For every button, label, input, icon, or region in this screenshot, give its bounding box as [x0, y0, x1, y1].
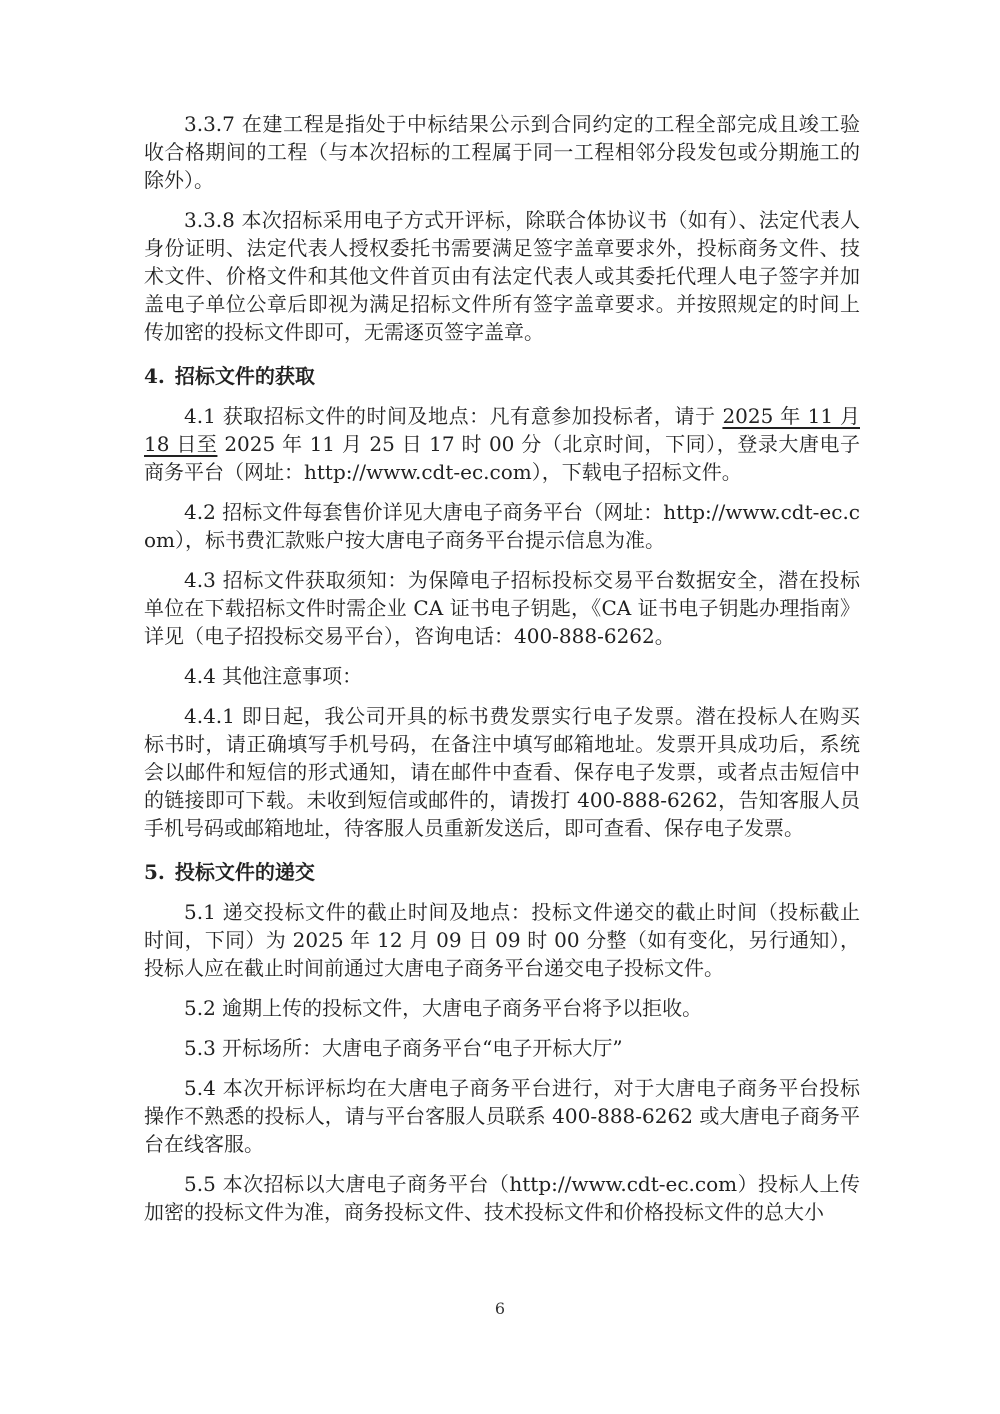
para-4-4-1: 4.4.1 即日起，我公司开具的标书费发票实行电子发票。潜在投标人在购买标书时，…: [144, 702, 860, 842]
text-run: 5. 投标文件的递交: [144, 860, 315, 884]
para-3-3-8: 3.3.8 本次招标采用电子方式开评标，除联合体协议书（如有）、法定代表人身份证…: [144, 206, 860, 346]
text-run: 2025 年 11 月 25 日 17 时 00 分（北京时间，下同），登录大唐…: [144, 432, 860, 484]
para-5-2: 5.2 逾期上传的投标文件，大唐电子商务平台将予以拒收。: [144, 994, 860, 1022]
heading-4: 4. 招标文件的获取: [144, 362, 860, 390]
text-run: 4.3 招标文件获取须知：为保障电子招标投标交易平台数据安全，潜在投标单位在下载…: [144, 568, 860, 648]
text-run: 5.5 本次招标以大唐电子商务平台（http://www.cdt-ec.com）…: [144, 1172, 860, 1224]
text-run: 4.4 其他注意事项：: [184, 664, 362, 688]
document-page: 3.3.7 在建工程是指处于中标结果公示到合同约定的工程全部完成且竣工验收合格期…: [0, 0, 1000, 1414]
text-run: 3.3.8 本次招标采用电子方式开评标，除联合体协议书（如有）、法定代表人身份证…: [144, 208, 860, 344]
text-run: 3.3.7 在建工程是指处于中标结果公示到合同约定的工程全部完成且竣工验收合格期…: [144, 112, 860, 192]
text-run: 5.1 递交投标文件的截止时间及地点：投标文件递交的截止时间（投标截止时间，下同…: [144, 900, 860, 980]
para-5-4: 5.4 本次开标评标均在大唐电子商务平台进行，对于大唐电子商务平台投标操作不熟悉…: [144, 1074, 860, 1158]
para-5-5: 5.5 本次招标以大唐电子商务平台（http://www.cdt-ec.com）…: [144, 1170, 860, 1226]
para-4-3: 4.3 招标文件获取须知：为保障电子招标投标交易平台数据安全，潜在投标单位在下载…: [144, 566, 860, 650]
para-4-2: 4.2 招标文件每套售价详见大唐电子商务平台（网址：http://www.cdt…: [144, 498, 860, 554]
text-run: 4.4.1 即日起，我公司开具的标书费发票实行电子发票。潜在投标人在购买标书时，…: [144, 704, 860, 840]
para-5-3: 5.3 开标场所：大唐电子商务平台“电子开标大厅”: [144, 1034, 860, 1062]
text-run: 5.4 本次开标评标均在大唐电子商务平台进行，对于大唐电子商务平台投标操作不熟悉…: [144, 1076, 860, 1156]
document-body: 3.3.7 在建工程是指处于中标结果公示到合同约定的工程全部完成且竣工验收合格期…: [144, 110, 860, 1226]
text-run: 4.2 招标文件每套售价详见大唐电子商务平台（网址：http://www.cdt…: [144, 500, 860, 552]
para-4-1: 4.1 获取招标文件的时间及地点：凡有意参加投标者，请于 2025 年 11 月…: [144, 402, 860, 486]
page-number: 6: [0, 1299, 1000, 1318]
para-5-1: 5.1 递交投标文件的截止时间及地点：投标文件递交的截止时间（投标截止时间，下同…: [144, 898, 860, 982]
para-4-4: 4.4 其他注意事项：: [144, 662, 860, 690]
text-run: 5.2 逾期上传的投标文件，大唐电子商务平台将予以拒收。: [184, 996, 702, 1020]
heading-5: 5. 投标文件的递交: [144, 858, 860, 886]
text-run: 5.3 开标场所：大唐电子商务平台“电子开标大厅”: [184, 1036, 623, 1060]
text-run: 4.1 获取招标文件的时间及地点：凡有意参加投标者，请于: [184, 404, 722, 428]
text-run: 4. 招标文件的获取: [144, 364, 315, 388]
para-3-3-7: 3.3.7 在建工程是指处于中标结果公示到合同约定的工程全部完成且竣工验收合格期…: [144, 110, 860, 194]
